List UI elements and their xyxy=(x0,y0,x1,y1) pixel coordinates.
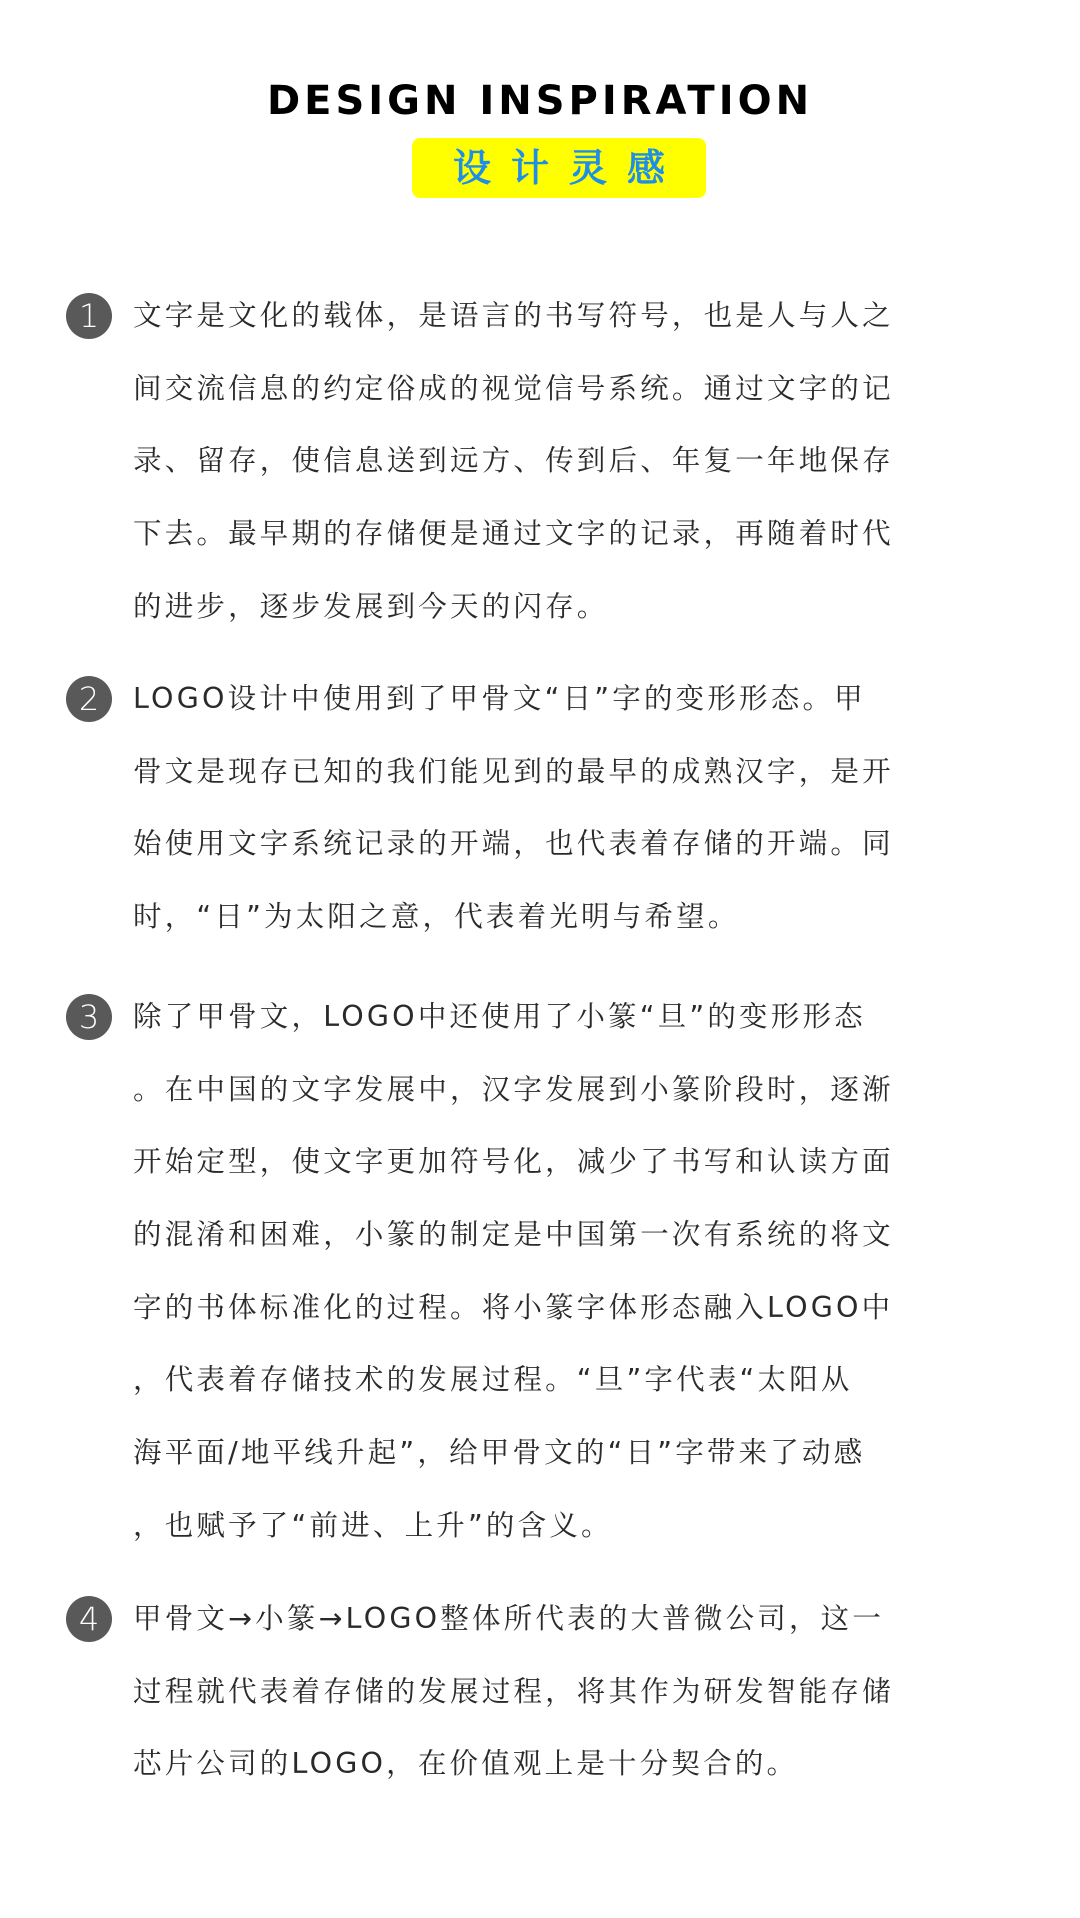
paragraph-line: 开始定型，使文字更加符号化，减少了书写和认读方面 xyxy=(133,1139,1033,1212)
subtitle-text: 设计灵感 xyxy=(433,138,685,198)
paragraph-line: ，代表着存储技术的发展过程。“旦”字代表“太阳从 xyxy=(133,1357,1033,1430)
paragraph-line: 芯片公司的LOGO，在价值观上是十分契合的。 xyxy=(133,1741,1033,1814)
paragraph-line: 骨文是现存已知的我们能见到的最早的成熟汉字，是开 xyxy=(133,749,1033,822)
paragraph-line: 甲骨文→小篆→LOGO整体所代表的大普微公司，这一 xyxy=(133,1596,1033,1669)
paragraph-line: 录、留存，使信息送到远方、传到后、年复一年地保存 xyxy=(133,438,1033,511)
paragraph-line: 海平面/地平线升起”，给甲骨文的“日”字带来了动感 xyxy=(133,1430,1033,1503)
number-badge-icon: 2 xyxy=(66,676,112,722)
subtitle-badge: 设计灵感 xyxy=(412,138,706,198)
paragraph-line: 间交流信息的约定俗成的视觉信号系统。通过文字的记 xyxy=(133,366,1033,439)
paragraph-line: 的混淆和困难，小篆的制定是中国第一次有系统的将文 xyxy=(133,1212,1033,1285)
paragraph-line: 过程就代表着存储的发展过程，将其作为研发智能存储 xyxy=(133,1669,1033,1742)
paragraph-line: 文字是文化的载体，是语言的书写符号，也是人与人之 xyxy=(133,293,1033,366)
number-badge-icon: 4 xyxy=(66,1596,112,1642)
number-badge-icon: 3 xyxy=(66,994,112,1040)
paragraph-line: 始使用文字系统记录的开端，也代表着存储的开端。同 xyxy=(133,821,1033,894)
paragraph-line: 除了甲骨文，LOGO中还使用了小篆“旦”的变形形态 xyxy=(133,994,1033,1067)
paragraph-line: LOGO设计中使用到了甲骨文“日”字的变形形态。甲 xyxy=(133,676,1033,749)
page-title: DESIGN INSPIRATION xyxy=(0,78,1080,124)
paragraph-line: 的进步，逐步发展到今天的闪存。 xyxy=(133,584,1033,657)
paragraph-line: 下去。最早期的存储便是通过文字的记录，再随着时代 xyxy=(133,511,1033,584)
paragraph-line: 字的书体标准化的过程。将小篆字体形态融入LOGO中 xyxy=(133,1285,1033,1358)
paragraph-line: 时，“日”为太阳之意，代表着光明与希望。 xyxy=(133,894,1033,967)
paragraph-line: 。在中国的文字发展中，汉字发展到小篆阶段时，逐渐 xyxy=(133,1067,1033,1140)
paragraph-line: ，也赋予了“前进、上升”的含义。 xyxy=(133,1503,1033,1576)
number-badge-icon: 1 xyxy=(66,293,112,339)
